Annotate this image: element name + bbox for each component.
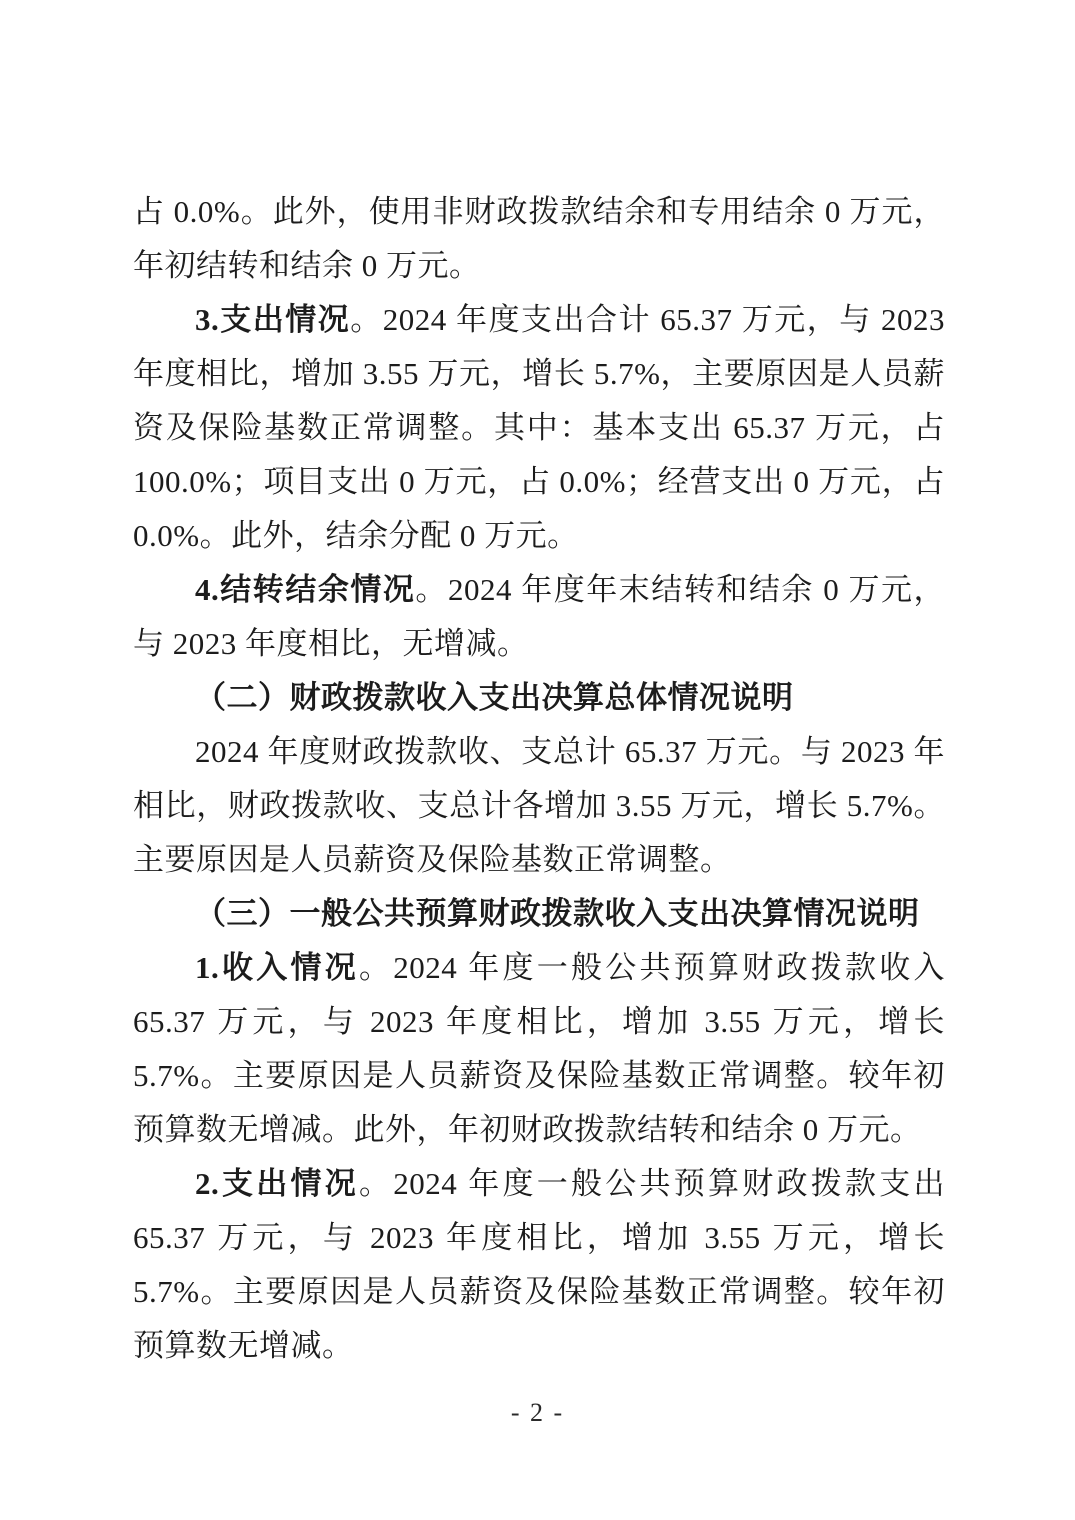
document-page: 占 0.0%。此外，使用非财政拨款结余和专用结余 0 万元，年初结转和结余 0 … xyxy=(0,0,1075,1520)
section-heading: （三）一般公共预算财政拨款收入支出决算情况说明 xyxy=(133,887,945,941)
paragraph: 2.支出情况。2024 年度一般公共预算财政拨款支出 65.37 万元，与 20… xyxy=(133,1157,945,1373)
paragraph: 4.结转结余情况。2024 年度年末结转和结余 0 万元，与 2023 年度相比… xyxy=(133,563,945,671)
paragraph: 2024 年度财政拨款收、支总计 65.37 万元。与 2023 年相比，财政拨… xyxy=(133,725,945,887)
paragraph-text: 2024 年度财政拨款收、支总计 65.37 万元。与 2023 年相比，财政拨… xyxy=(133,734,945,877)
paragraph-lead-bold: 3.支出情况 xyxy=(195,302,350,337)
paragraph: 1.收入情况。2024 年度一般公共预算财政拨款收入 65.37 万元，与 20… xyxy=(133,941,945,1157)
paragraph-lead-bold: 2.支出情况 xyxy=(195,1166,359,1201)
page-number: - 2 - xyxy=(0,1396,1075,1430)
paragraph-text: 。2024 年度支出合计 65.37 万元，与 2023 年度相比，增加 3.5… xyxy=(133,302,945,553)
paragraph: 占 0.0%。此外，使用非财政拨款结余和专用结余 0 万元，年初结转和结余 0 … xyxy=(133,185,945,293)
paragraph: 3.支出情况。2024 年度支出合计 65.37 万元，与 2023 年度相比，… xyxy=(133,293,945,563)
paragraph-lead-bold: 4.结转结余情况 xyxy=(195,572,415,607)
paragraph-lead-bold: （二）财政拨款收入支出决算总体情况说明 xyxy=(195,680,794,715)
paragraph-text: 占 0.0%。此外，使用非财政拨款结余和专用结余 0 万元，年初结转和结余 0 … xyxy=(133,194,945,283)
paragraph-lead-bold: （三）一般公共预算财政拨款收入支出决算情况说明 xyxy=(195,896,920,931)
document-body: 占 0.0%。此外，使用非财政拨款结余和专用结余 0 万元，年初结转和结余 0 … xyxy=(133,185,945,1373)
paragraph-lead-bold: 1.收入情况 xyxy=(195,950,359,985)
section-heading: （二）财政拨款收入支出决算总体情况说明 xyxy=(133,671,945,725)
